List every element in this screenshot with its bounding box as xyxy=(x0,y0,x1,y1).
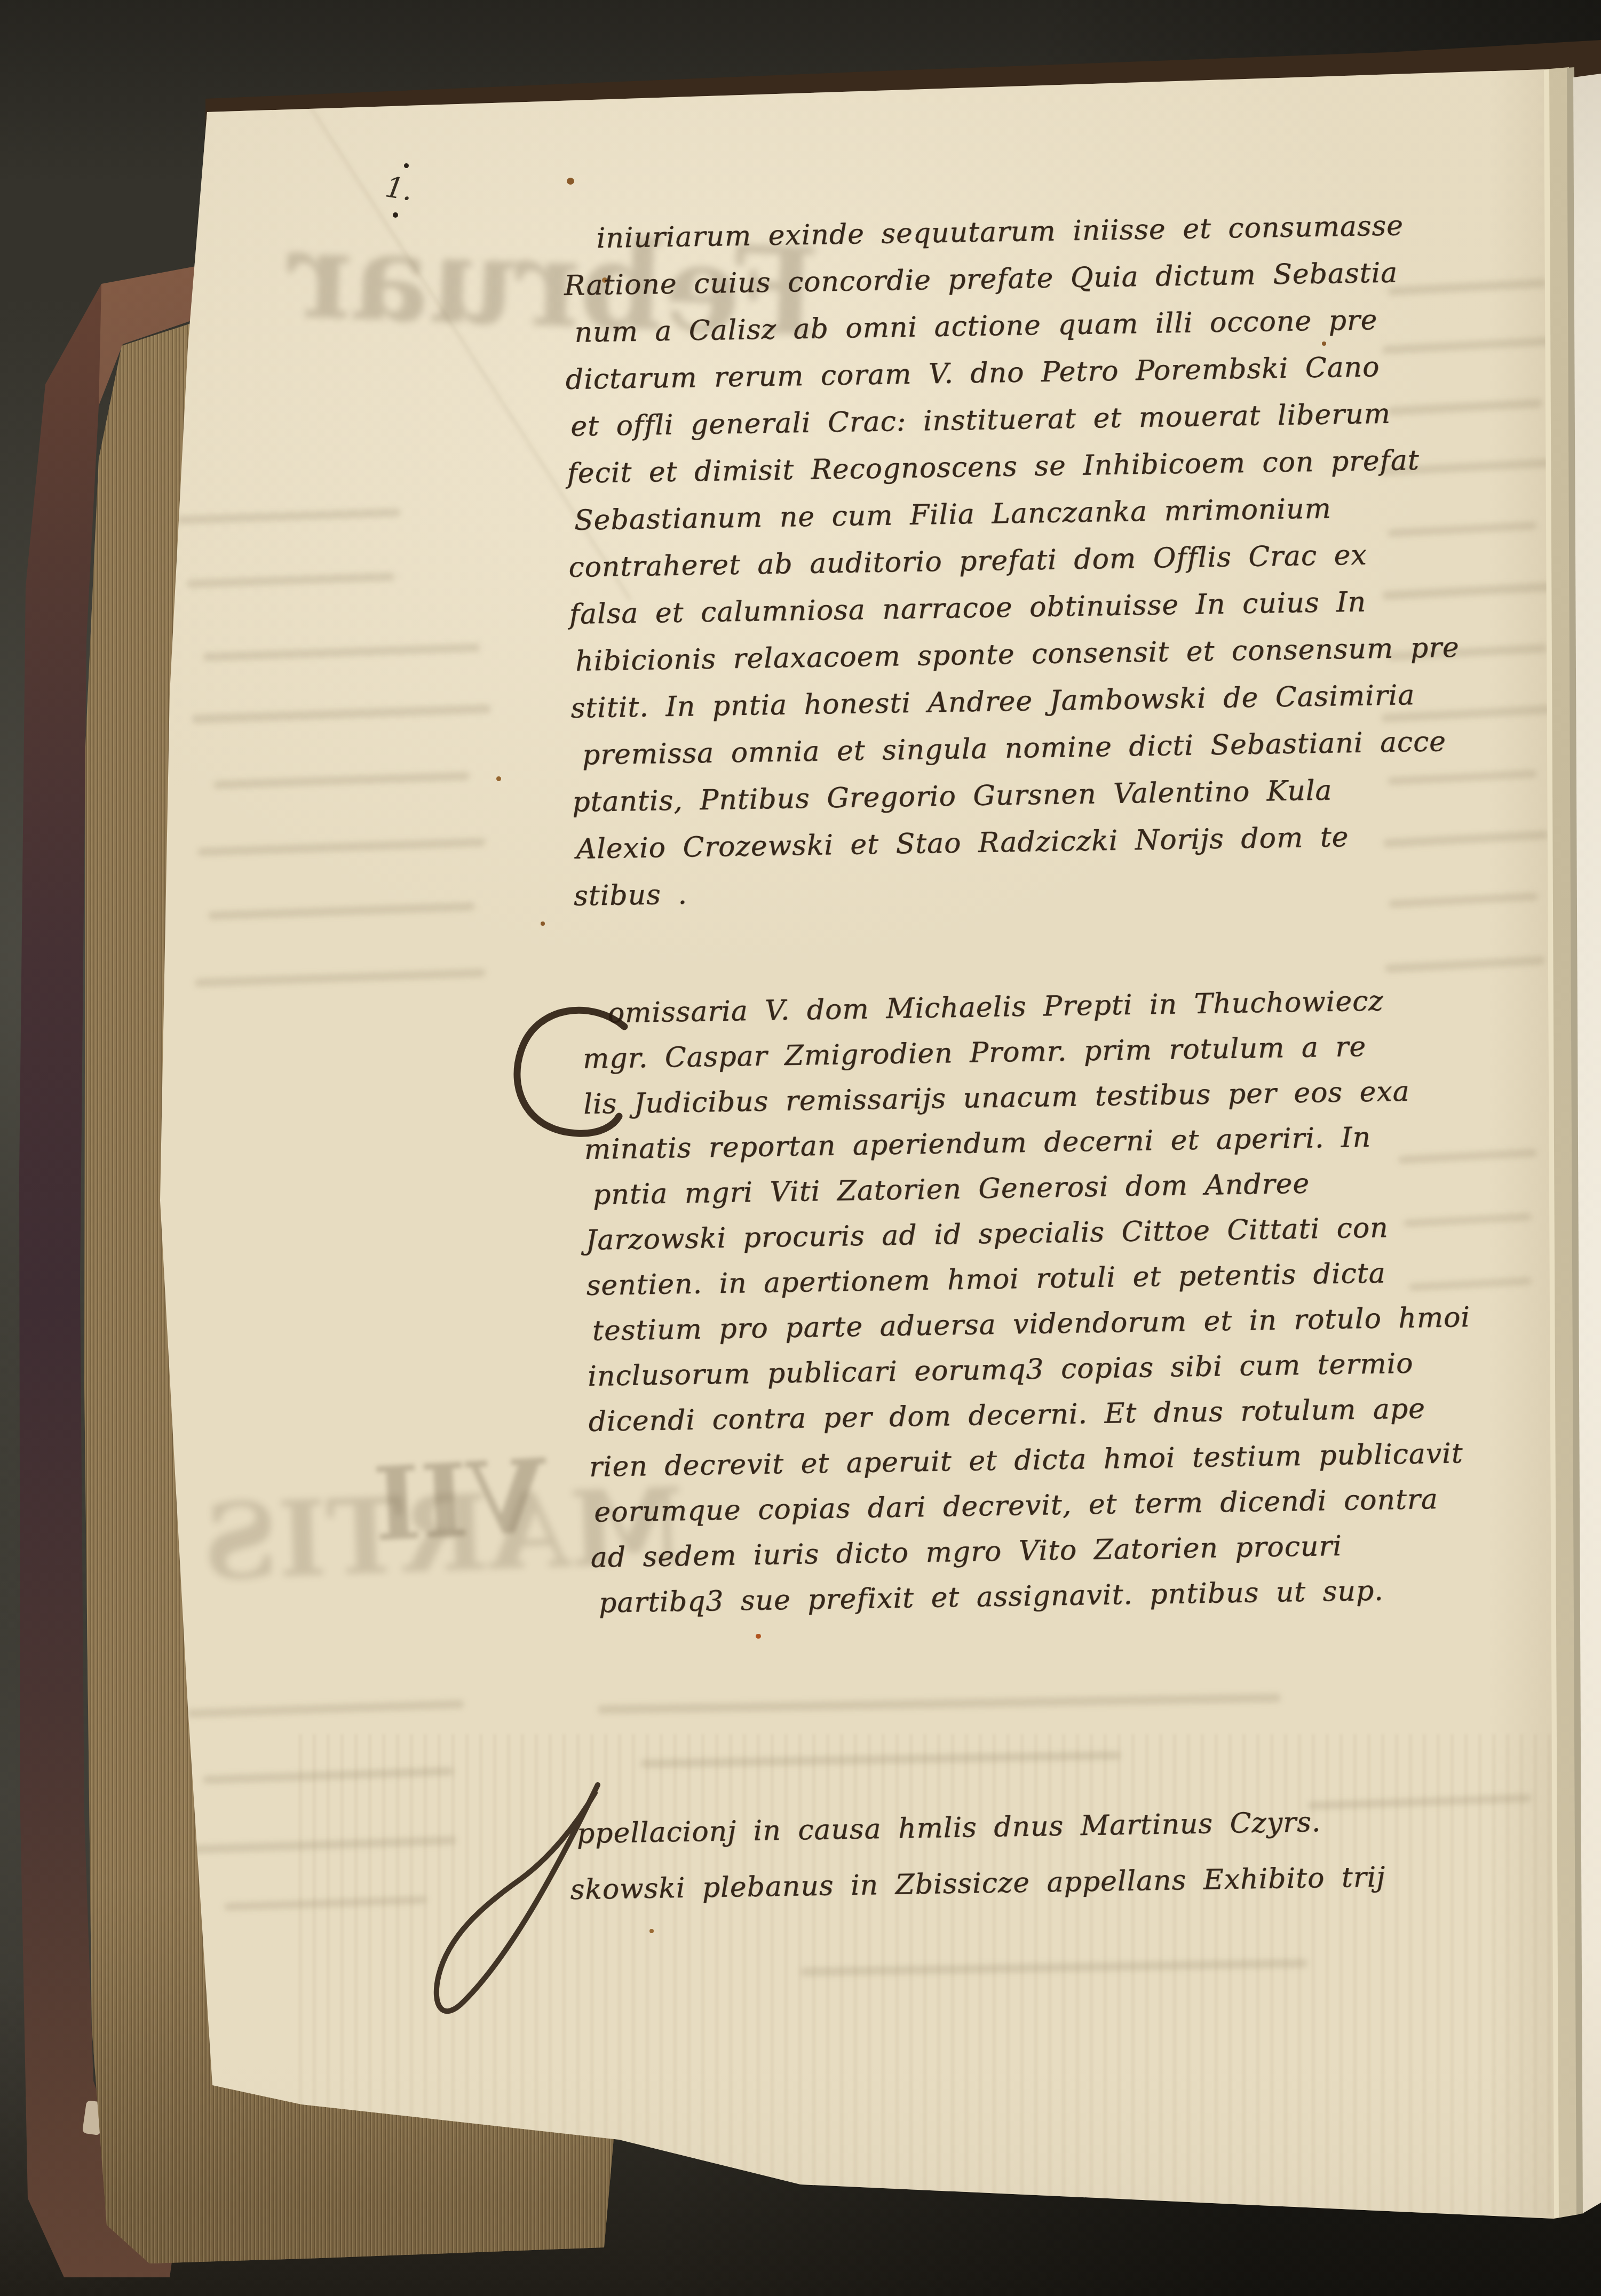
bleedthrough-streak xyxy=(203,643,480,661)
folio-ink-mark: 1. xyxy=(383,170,415,207)
bleedthrough-streak xyxy=(213,772,470,789)
foxing-spot xyxy=(649,1929,654,1933)
bleedthrough-streak xyxy=(197,838,486,856)
manuscript-page: Februar MARTIS VII 1. xyxy=(0,0,1601,2296)
manuscript-photo: Februar MARTIS VII 1. xyxy=(0,0,1601,2296)
manuscript-paragraph-1: iniuriarum exinde sequutarum iniisse et … xyxy=(563,202,1463,920)
foxing-spot xyxy=(541,921,545,926)
bleedthrough-streak xyxy=(1385,956,1545,973)
foxing-spot xyxy=(567,178,574,185)
bleedthrough-streak xyxy=(187,1700,464,1718)
bleedthrough-streak xyxy=(192,704,491,724)
initial-letter: C xyxy=(503,1143,503,1143)
bleedthrough-streak xyxy=(195,968,486,987)
bleedthrough-streak xyxy=(176,509,400,525)
bleedthrough-streak xyxy=(187,573,395,588)
foxing-spot xyxy=(496,776,501,781)
manuscript-paragraph-2: omissaria V. dom Michaelis Prepti in Thu… xyxy=(582,978,1475,1626)
ink-dot xyxy=(404,163,409,168)
bleedthrough-numeral: VII xyxy=(370,1436,550,1564)
bleedthrough-streak xyxy=(598,1694,1281,1714)
manuscript-paragraph-3: ppellacionj in causa hmlis dnus Martinus… xyxy=(576,1793,1386,1918)
foxing-spot xyxy=(756,1634,761,1639)
bleedthrough-streak xyxy=(208,902,475,919)
ink-dot xyxy=(393,212,398,218)
